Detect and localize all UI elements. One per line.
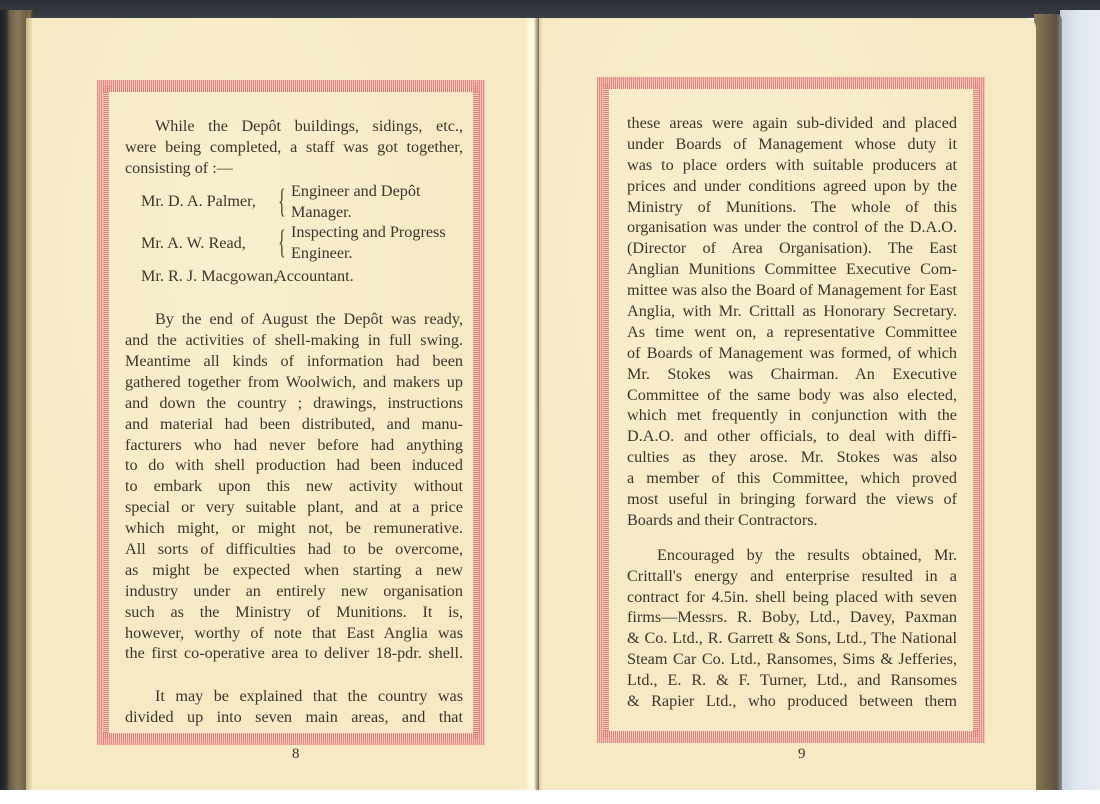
staff-name: Mr. A. W. Read,: [125, 233, 275, 254]
text-line: industry under an entirely new organisat…: [125, 581, 463, 602]
staff-role-line: Inspecting and Progress: [291, 222, 446, 243]
staff-name: Mr. R. J. Macgowan,: [125, 266, 275, 287]
staff-entry: Mr. R. J. Macgowan, Accountant.: [125, 266, 463, 287]
staff-role-line: Engineer and Depôt: [291, 181, 420, 202]
paragraph-gap: [125, 287, 463, 309]
text-line: & Co. Ltd., R. Garrett & Sons, Ltd., The…: [627, 628, 957, 649]
text-line: organisation was under the control of th…: [627, 217, 957, 238]
staff-role: Engineer and Depôt Manager.: [291, 181, 420, 223]
text-line: under Boards of Management whose duty it: [627, 134, 957, 155]
paragraph-gap: [125, 664, 463, 686]
text-line: It may be explained that the country was: [125, 686, 463, 707]
text-line: were being completed, a staff was got to…: [125, 137, 463, 158]
text-line: which met frequently in conjunction with…: [627, 405, 957, 426]
text-line: Mr. Stokes was Chairman. An Executive: [627, 364, 957, 385]
left-page-text: While the Depôt buildings, sidings, etc.…: [125, 116, 463, 728]
text-line: Encouraged by the results obtained, Mr.: [627, 545, 957, 566]
text-line: Anglia, with Mr. Crittall as Honorary Se…: [627, 301, 957, 322]
text-line: While the Depôt buildings, sidings, etc.…: [125, 116, 463, 137]
text-line: Boards and their Contractors.: [627, 510, 957, 531]
staff-role-line: Manager.: [291, 202, 420, 223]
brace-symbol: {: [278, 224, 283, 262]
text-line: All sorts of difficulties had to be over…: [125, 539, 463, 560]
text-line: By the end of August the Depôt was ready…: [125, 309, 463, 330]
text-line: contract for 4.5in. shell being placed w…: [627, 587, 957, 608]
text-line: D.A.O. and other officials, to deal with…: [627, 426, 957, 447]
staff-name: Mr. D. A. Palmer,: [125, 191, 275, 212]
text-line: such as the Ministry of Munitions. It is…: [125, 602, 463, 623]
text-line: a member of this Committee, which proved: [627, 468, 957, 489]
text-line: Crittall's energy and enterprise resulte…: [627, 566, 957, 587]
text-line: prices and under conditions agreed upon …: [627, 176, 957, 197]
text-line: and the activities of shell-making in fu…: [125, 330, 463, 351]
text-line: most useful in bringing forward the view…: [627, 489, 957, 510]
paragraph-gap: [627, 531, 957, 545]
staff-role: Inspecting and Progress Engineer.: [291, 222, 446, 264]
text-line: Meantime all kinds of information had be…: [125, 351, 463, 372]
brace-symbol: {: [278, 183, 283, 221]
page-number: 8: [292, 746, 300, 763]
text-line: Committee of the same body was also elec…: [627, 385, 957, 406]
text-line: which might, or might not, be remunerati…: [125, 518, 463, 539]
text-line: As time went on, a representative Commit…: [627, 322, 957, 343]
text-line: mittee was also the Board of Management …: [627, 280, 957, 301]
text-line: of Boards of Management was formed, of w…: [627, 343, 957, 364]
page-number: 9: [798, 746, 806, 763]
staff-entry: Mr. D. A. Palmer, { Engineer and Depôt M…: [125, 181, 463, 223]
text-line: was to place orders with suitable produc…: [627, 155, 957, 176]
text-line: gathered together from Woolwich, and mak…: [125, 372, 463, 393]
text-line: divided up into seven main areas, and th…: [125, 707, 463, 728]
right-page-text: these areas were again sub-divided and p…: [627, 113, 957, 712]
text-line: consisting of :—: [125, 158, 463, 179]
text-line: to do with shell production had been ind…: [125, 455, 463, 476]
text-line: and down the country ; drawings, instruc…: [125, 393, 463, 414]
staff-role: Accountant.: [275, 266, 354, 287]
scanner-edge-bottom: [0, 790, 1100, 804]
text-line: Ltd., E. R. & F. Turner, Ltd., and Ranso…: [627, 670, 957, 691]
text-line: to embark upon this new activity without: [125, 476, 463, 497]
text-line: culties as they arose. Mr. Stokes was al…: [627, 447, 957, 468]
text-line: as might be expected when starting a new: [125, 560, 463, 581]
text-line: these areas were again sub-divided and p…: [627, 113, 957, 134]
text-line: & Rapier Ltd., who produced between them: [627, 691, 957, 712]
text-line: Steam Car Co. Ltd., Ransomes, Sims & Jef…: [627, 649, 957, 670]
staff-role-line: Engineer.: [291, 243, 446, 264]
text-line: the first co-operative area to deliver 1…: [125, 643, 463, 664]
text-line: facturers who had never before had anyth…: [125, 435, 463, 456]
scanner-background: [1060, 10, 1100, 800]
scanner-edge-top: [0, 0, 1100, 18]
text-line: however, worthy of note that East Anglia…: [125, 623, 463, 644]
book-gutter: [530, 18, 539, 790]
text-line: Anglian Munitions Committee Executive Co…: [627, 259, 957, 280]
text-line: special or very suitable plant, and at a…: [125, 497, 463, 518]
text-line: firms—Messrs. R. Boby, Ltd., Davey, Paxm…: [627, 607, 957, 628]
text-line: Ministry of Munitions. The whole of this: [627, 197, 957, 218]
book-cover-right-edge: [1034, 14, 1062, 800]
text-line: (Director of Area Organisation). The Eas…: [627, 238, 957, 259]
staff-entry: Mr. A. W. Read, { Inspecting and Progres…: [125, 222, 463, 264]
text-line: and material had been distributed, and m…: [125, 414, 463, 435]
